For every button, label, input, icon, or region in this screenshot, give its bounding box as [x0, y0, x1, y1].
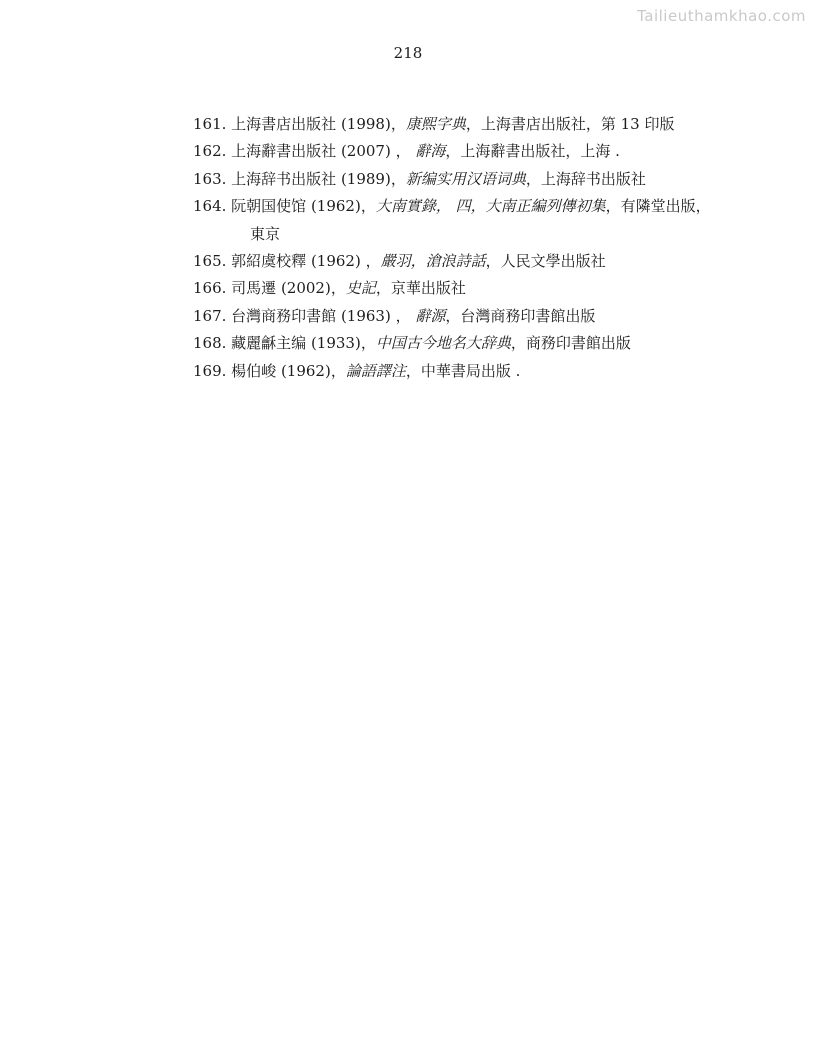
reference-number: 161. — [193, 115, 231, 133]
reference-title: 中国古今地名大辞典 — [376, 334, 511, 352]
reference-item: 165. 郭紹虞校釋 (1962) ，嚴羽，滄浪詩話，人民文學出版社 — [193, 248, 715, 275]
reference-item: 164. 阮朝国使馆 (1962)，大南實錄， 四，大南正編列傳初集，有隣堂出版… — [193, 193, 715, 248]
reference-item: 168. 藏麗龢主编 (1933)，中国古今地名大辞典，商務印書館出版 — [193, 330, 715, 357]
reference-title: 辭源 — [415, 307, 445, 325]
reference-text: 司馬遷 (2002)， — [231, 279, 346, 297]
reference-title: 論語譯注 — [346, 362, 406, 380]
page-number: 218 — [0, 44, 816, 62]
watermark-text: Tailieuthamkhao.com — [637, 7, 806, 25]
reference-text: 上海辞书出版社 (1989)， — [231, 170, 406, 188]
reference-number: 169. — [193, 362, 231, 380]
reference-text: 上海辭書出版社 (2007) ， — [231, 142, 415, 160]
reference-text: ，上海辞书出版社 — [526, 170, 646, 188]
document-page: Tailieuthamkhao.com 218 161. 上海書店出版社 (19… — [0, 0, 816, 1056]
reference-title: 新编实用汉语词典 — [406, 170, 526, 188]
reference-number: 164. — [193, 197, 231, 215]
reference-list: 161. 上海書店出版社 (1998)，康熙字典，上海書店出版社，第 13 印版… — [193, 111, 715, 385]
reference-text: ，上海書店出版社，第 13 印版 — [466, 115, 675, 133]
reference-text: ，中華書局出版 . — [406, 362, 521, 380]
reference-title: 辭海 — [415, 142, 445, 160]
reference-item: 166. 司馬遷 (2002)，史記，京華出版社 — [193, 275, 715, 302]
reference-text: 郭紹虞校釋 (1962) ， — [231, 252, 380, 270]
reference-item: 161. 上海書店出版社 (1998)，康熙字典，上海書店出版社，第 13 印版 — [193, 111, 715, 138]
reference-text: ，人民文學出版社 — [486, 252, 606, 270]
reference-title: 嚴羽，滄浪詩話 — [381, 252, 486, 270]
reference-number: 168. — [193, 334, 231, 352]
reference-item: 163. 上海辞书出版社 (1989)，新编实用汉语词典，上海辞书出版社 — [193, 166, 715, 193]
reference-item: 169. 楊伯峻 (1962)，論語譯注，中華書局出版 . — [193, 358, 715, 385]
reference-text: ，上海辭書出版社，上海 . — [445, 142, 620, 160]
reference-title: 大南實錄， 四，大南正編列傳初集 — [376, 197, 606, 215]
reference-number: 167. — [193, 307, 231, 325]
reference-number: 166. — [193, 279, 231, 297]
reference-number: 162. — [193, 142, 231, 160]
reference-text: ，京華出版社 — [376, 279, 466, 297]
reference-number: 165. — [193, 252, 231, 270]
reference-item: 167. 台灣商務印書館 (1963) ， 辭源，台灣商務印書館出版 — [193, 303, 715, 330]
reference-text: ，台灣商務印書館出版 — [445, 307, 595, 325]
reference-text: 台灣商務印書館 (1963) ， — [231, 307, 415, 325]
reference-text: 藏麗龢主编 (1933)， — [231, 334, 376, 352]
reference-text: 上海書店出版社 (1998)， — [231, 115, 406, 133]
reference-text: 阮朝国使馆 (1962)， — [231, 197, 376, 215]
reference-text: 楊伯峻 (1962)， — [231, 362, 346, 380]
reference-title: 史記 — [346, 279, 376, 297]
reference-text: ，商務印書館出版 — [511, 334, 631, 352]
reference-number: 163. — [193, 170, 231, 188]
reference-title: 康熙字典 — [406, 115, 466, 133]
reference-item: 162. 上海辭書出版社 (2007) ， 辭海，上海辭書出版社，上海 . — [193, 138, 715, 165]
